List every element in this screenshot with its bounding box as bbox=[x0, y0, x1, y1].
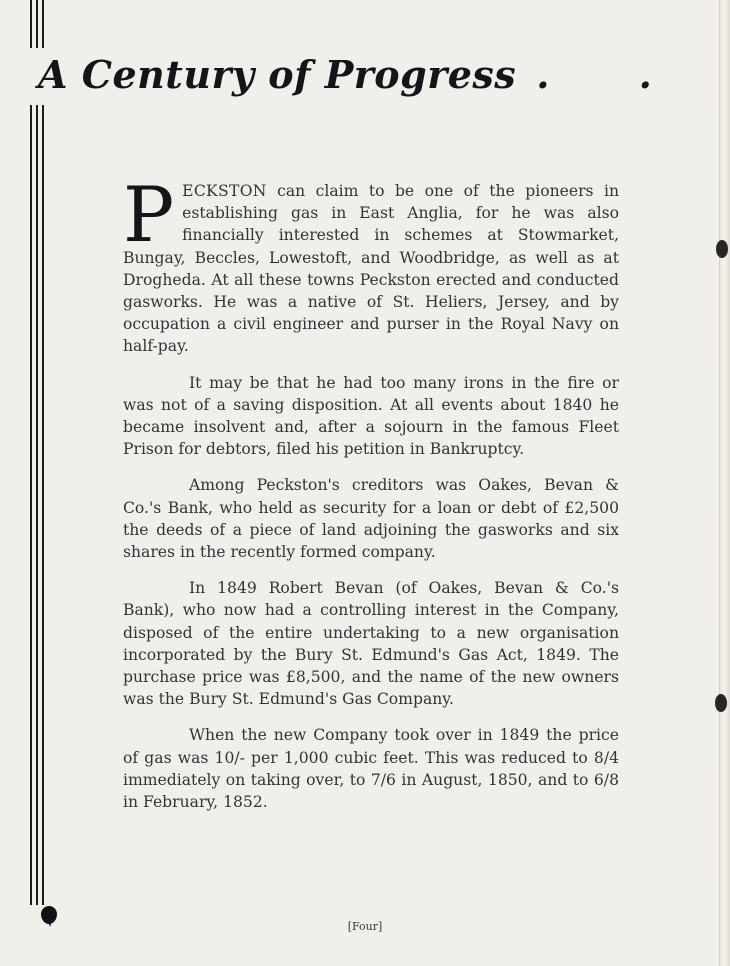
drop-cap: P bbox=[123, 186, 174, 244]
paragraph-4: In 1849 Robert Bevan (of Oakes, Bevan & … bbox=[123, 577, 619, 710]
paragraph-2: It may be that he had too many irons in … bbox=[123, 372, 619, 461]
article-body: PECKSTON can claim to be one of the pion… bbox=[123, 180, 619, 827]
title-ellipsis: . . . bbox=[536, 52, 730, 97]
paragraph-5: When the new Company took over in 1849 t… bbox=[123, 724, 619, 813]
page-edge bbox=[719, 0, 730, 966]
paragraph-text: can claim to be one of the pioneers in e… bbox=[123, 182, 619, 355]
binding-hole-icon bbox=[716, 240, 728, 258]
lead-word: ECKSTON bbox=[182, 182, 267, 200]
paragraph-3: Among Peckston's creditors was Oakes, Be… bbox=[123, 474, 619, 563]
decorative-rule-main bbox=[30, 105, 44, 905]
decorative-rule-top bbox=[30, 0, 44, 48]
page-title: A Century of Progress. . . bbox=[38, 52, 730, 97]
binding-hole-icon bbox=[715, 694, 727, 712]
paragraph-1: PECKSTON can claim to be one of the pion… bbox=[123, 180, 619, 358]
title-text: A Century of Progress bbox=[38, 52, 516, 97]
document-page: A Century of Progress. . . PECKSTON can … bbox=[0, 0, 722, 966]
page-number: [Four] bbox=[0, 920, 730, 933]
